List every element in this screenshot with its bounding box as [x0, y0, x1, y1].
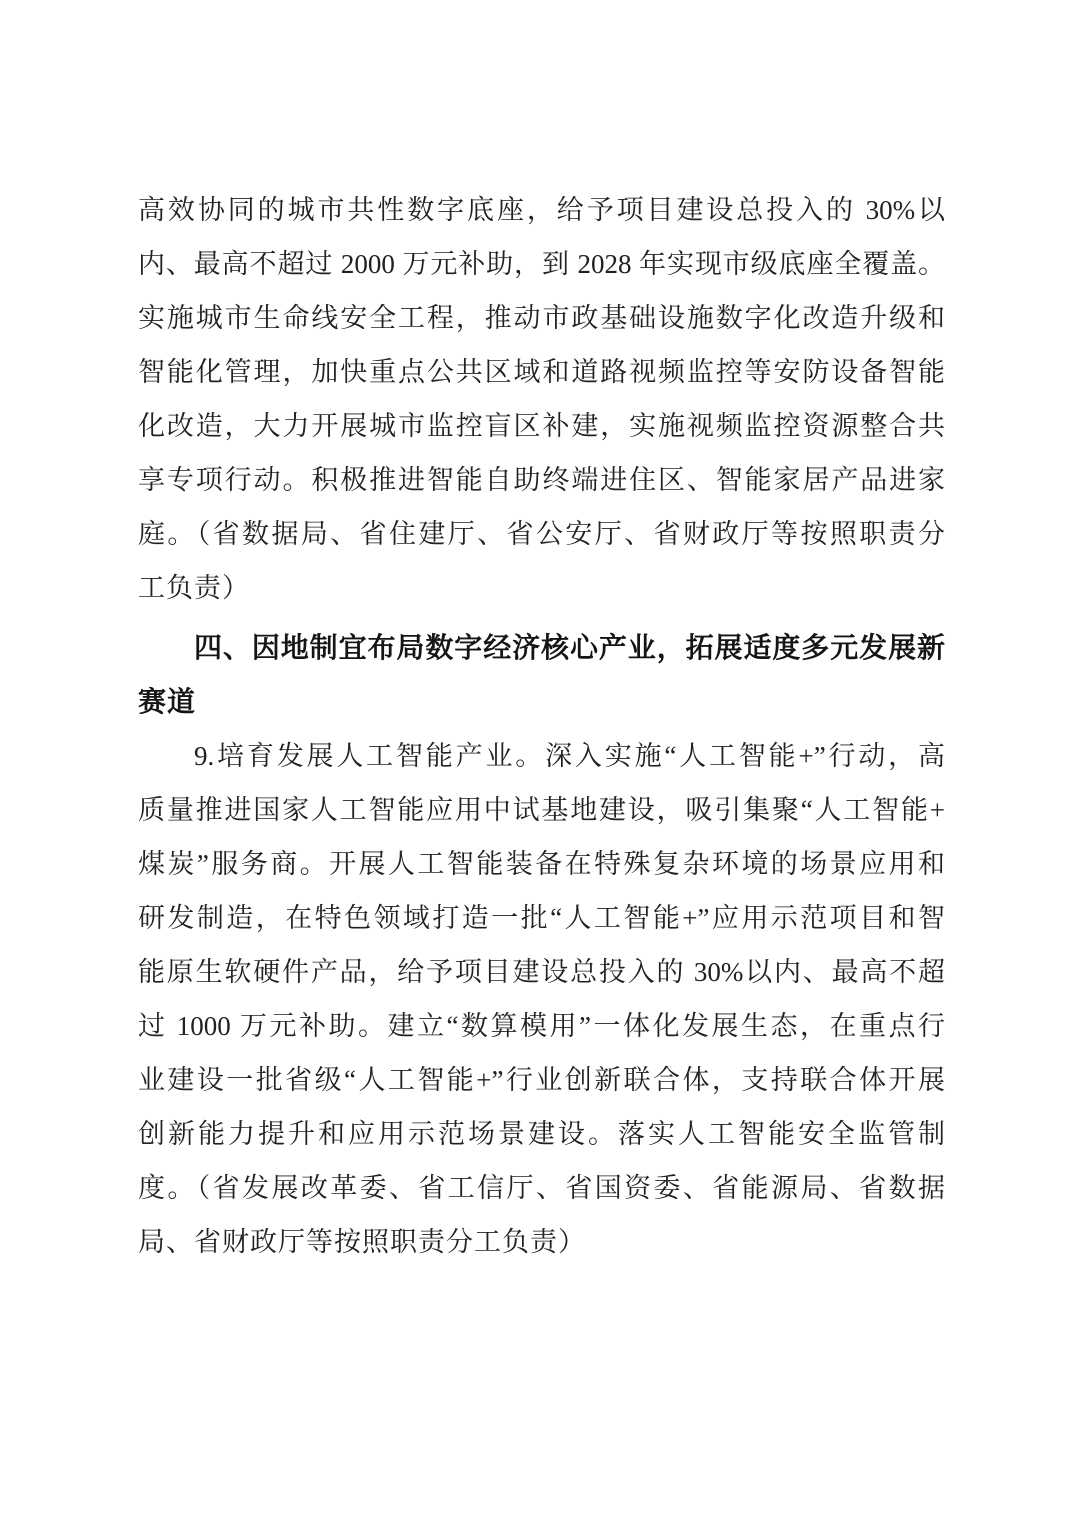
- paragraph2-line: 9.培育发展人工智能产业。深入实施“人工智能+”行动，高: [138, 729, 945, 783]
- paragraph1-line: 实施城市生命线安全工程，推动市政基础设施数字化改造升级和: [138, 291, 945, 345]
- paragraph2-line: 局、省财政厅等按照职责分工负责）: [138, 1215, 945, 1269]
- paragraph2-line: 煤炭”服务商。开展人工智能装备在特殊复杂环境的场景应用和: [138, 837, 945, 891]
- section-heading-line: 赛道: [138, 675, 945, 729]
- paragraph2-line: 度。（省发展改革委、省工信厅、省国资委、省能源局、省数据: [138, 1161, 945, 1215]
- paragraph2-line: 质量推进国家人工智能应用中试基地建设，吸引集聚“人工智能+: [138, 783, 945, 837]
- paragraph2-line: 业建设一批省级“人工智能+”行业创新联合体，支持联合体开展: [138, 1053, 945, 1107]
- document-page: 高效协同的城市共性数字底座，给予项目建设总投入的 30%以 内、最高不超过 20…: [0, 0, 1080, 1527]
- paragraph1-line: 高效协同的城市共性数字底座，给予项目建设总投入的 30%以: [138, 183, 945, 237]
- paragraph1-line: 化改造，大力开展城市监控盲区补建，实施视频监控资源整合共: [138, 399, 945, 453]
- paragraph1-line: 享专项行动。积极推进智能自助终端进住区、智能家居产品进家: [138, 453, 945, 507]
- paragraph2-line: 研发制造，在特色领域打造一批“人工智能+”应用示范项目和智: [138, 891, 945, 945]
- paragraph1-line: 庭。（省数据局、省住建厅、省公安厅、省财政厅等按照职责分: [138, 507, 945, 561]
- section-heading-4: 四、因地制宜布局数字经济核心产业，拓展适度多元发展新 赛道: [138, 621, 945, 729]
- paragraph1-line: 内、最高不超过 2000 万元补助，到 2028 年实现市级底座全覆盖。: [138, 237, 945, 291]
- paragraph-9-ai-industry: 9.培育发展人工智能产业。深入实施“人工智能+”行动，高 质量推进国家人工智能应…: [138, 729, 945, 1269]
- paragraph-smart-city-continued: 高效协同的城市共性数字底座，给予项目建设总投入的 30%以 内、最高不超过 20…: [138, 183, 945, 615]
- paragraph1-line: 智能化管理，加快重点公共区域和道路视频监控等安防设备智能: [138, 345, 945, 399]
- paragraph2-line: 能原生软硬件产品，给予项目建设总投入的 30%以内、最高不超: [138, 945, 945, 999]
- paragraph1-line: 工负责）: [138, 561, 945, 615]
- paragraph2-line: 创新能力提升和应用示范场景建设。落实人工智能安全监管制: [138, 1107, 945, 1161]
- paragraph2-line: 过 1000 万元补助。建立“数算模用”一体化发展生态，在重点行: [138, 999, 945, 1053]
- page-text-block: 高效协同的城市共性数字底座，给予项目建设总投入的 30%以 内、最高不超过 20…: [138, 183, 945, 1269]
- section-heading-line: 四、因地制宜布局数字经济核心产业，拓展适度多元发展新: [138, 621, 945, 675]
